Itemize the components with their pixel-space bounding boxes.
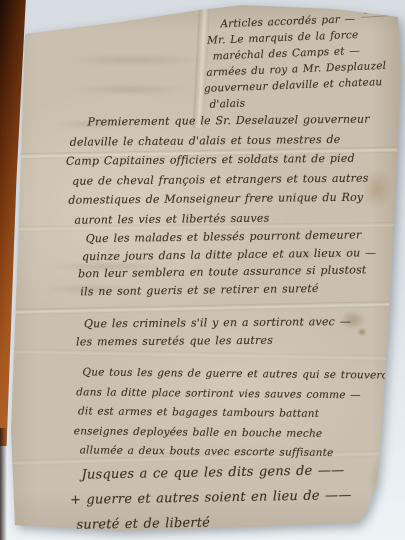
manuscript-line: dit est armes et bagages tambours battan… xyxy=(78,402,405,425)
paragraph-5: Jusques a ce que les dits gens de —— + g… xyxy=(75,457,396,538)
manuscript-line: Que tous les gens de guerre et autres qu… xyxy=(82,363,405,386)
fold-crease xyxy=(0,348,405,361)
paragraph-4: Que tous les gens de guerre et autres qu… xyxy=(65,363,405,464)
paragraph-1: Premierement que le Sr. Deselauzel gouve… xyxy=(63,109,404,230)
paragraph-2: Que les malades et blessés pourront deme… xyxy=(82,226,405,301)
ink-showthrough xyxy=(58,55,208,65)
manuscript-line: les memes suretés que les autres xyxy=(76,331,402,352)
manuscript-line: domestiques de Monseigneur frere unique … xyxy=(68,187,404,210)
manuscript-photo: 1621 Articles accordés par — Mr. Le marq… xyxy=(0,0,405,540)
ink-showthrough xyxy=(70,85,190,94)
paper-wrap: 1621 Articles accordés par — Mr. Le marq… xyxy=(0,0,405,540)
manuscript-line: ils ne sont gueris et se retirer en sure… xyxy=(80,279,405,301)
manuscript-line: Premierement que le Sr. Deselauzel gouve… xyxy=(87,109,403,132)
paper-sheet: 1621 Articles accordés par — Mr. Le marq… xyxy=(0,0,405,540)
paragraph-3: Que les criminels s'il y en a sortiront … xyxy=(82,313,402,352)
manuscript-line: sureté et de liberté xyxy=(76,507,396,538)
header-block: Articles accordés par — Mr. Le marquis d… xyxy=(204,9,405,113)
